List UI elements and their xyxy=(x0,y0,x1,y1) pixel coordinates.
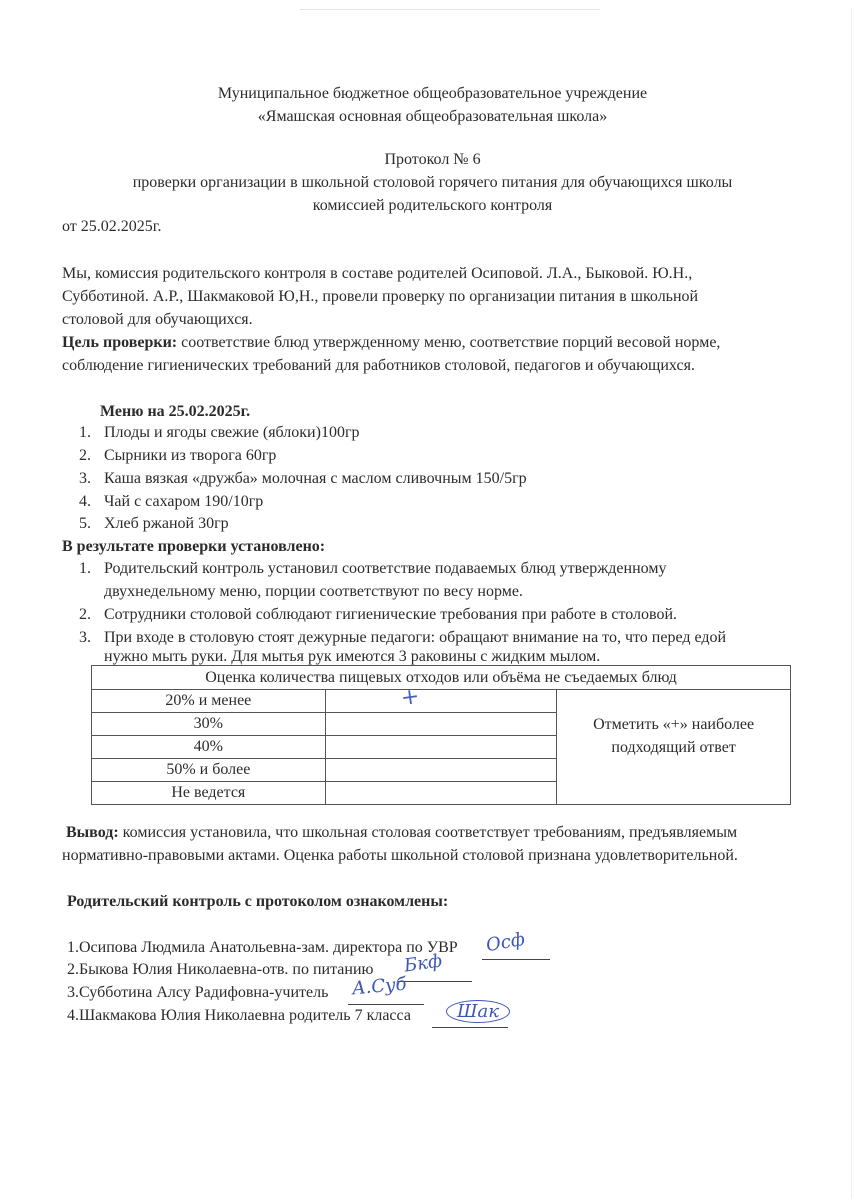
intro-line3: столовой для обучающихся. xyxy=(62,308,253,331)
signature-3: А.Суб xyxy=(351,974,407,1000)
protocol-title: Протокол № 6 xyxy=(0,148,865,171)
menu-item-text: Чай с сахаром 190/10гр xyxy=(104,490,263,513)
menu-item-num: 1. xyxy=(71,421,91,444)
conclusion-line2: нормативно-правовыми актами. Оценка рабо… xyxy=(62,844,738,867)
result-item-num: 3. xyxy=(71,626,91,649)
org-name-line1: Муниципальное бюджетное общеобразователь… xyxy=(0,82,865,105)
table-header-row: Оценка количества пищевых отходов или об… xyxy=(92,666,791,690)
signature-line-2 xyxy=(398,981,472,982)
waste-mark-cell[interactable]: + xyxy=(325,690,557,713)
table-header: Оценка количества пищевых отходов или об… xyxy=(92,666,791,690)
result-item-num: 2. xyxy=(71,603,91,626)
waste-mark-cell[interactable] xyxy=(325,782,557,805)
protocol-date: от 25.02.2025г. xyxy=(62,215,162,238)
result-item-text: Сотрудники столовой соблюдают гигиеничес… xyxy=(104,603,677,626)
menu-item-num: 2. xyxy=(71,444,91,467)
protocol-subtitle-line2: комиссией родительского контроля xyxy=(0,194,865,217)
signature-1: Осф xyxy=(484,929,526,956)
waste-mark-cell[interactable] xyxy=(325,759,557,782)
result-item-num: 1. xyxy=(71,557,91,580)
protocol-subtitle-line1: проверки организации в школьной столовой… xyxy=(0,171,865,194)
menu-item-text: Плоды и ягоды свежие (яблоки)100гр xyxy=(104,421,360,444)
signature-4: Шак xyxy=(446,1000,510,1023)
signatory-3: 3.Субботина Алсу Радифовна-учитель xyxy=(67,981,328,1004)
waste-level-label: 20% и менее xyxy=(92,690,326,713)
menu-item-text: Хлеб ржаной 30гр xyxy=(104,512,229,535)
goal-line1: Цель проверки: соответствие блюд утвержд… xyxy=(62,331,720,354)
food-waste-table: Оценка количества пищевых отходов или об… xyxy=(91,665,791,805)
conclusion-label: Вывод: xyxy=(66,824,119,841)
instruction-line1: Отметить «+» наиболее xyxy=(557,713,790,736)
conclusion-text1: комиссия установила, что школьная столов… xyxy=(119,824,737,841)
result-item-text: двухнедельному меню, порции соответствую… xyxy=(104,580,523,603)
signatory-2: 2.Быкова Юлия Николаевна-отв. по питанию xyxy=(67,958,373,981)
goal-label: Цель проверки: xyxy=(62,334,177,351)
menu-item-text: Сырники из творога 60гр xyxy=(104,444,276,467)
menu-item-num: 3. xyxy=(71,467,91,490)
goal-line2: соблюдение гигиенических требований для … xyxy=(62,354,695,377)
menu-item-num: 4. xyxy=(71,490,91,513)
signatory-4: 4.Шакмакова Юлия Николаевна родитель 7 к… xyxy=(67,1004,411,1027)
results-title: В результате проверки установлено: xyxy=(62,535,325,558)
signatory-1: 1.Осипова Людмила Анатольевна-зам. дирек… xyxy=(67,936,458,959)
instruction-cell: Отметить «+» наиболее подходящий ответ xyxy=(557,690,791,805)
signature-2: Бкф xyxy=(403,950,444,976)
signature-line-1 xyxy=(482,959,550,960)
result-item-text: Родительский контроль установил соответс… xyxy=(104,557,666,580)
acknowledged-title: Родительский контроль с протоколом ознак… xyxy=(67,890,448,913)
org-name-line2: «Ямашская основная общеобразовательная ш… xyxy=(0,105,865,128)
waste-mark-cell[interactable] xyxy=(325,736,557,759)
menu-item-num: 5. xyxy=(71,512,91,535)
handwritten-plus-mark: + xyxy=(399,686,420,710)
conclusion-line1: Вывод: комиссия установила, что школьная… xyxy=(66,821,737,844)
instruction-line2: подходящий ответ xyxy=(557,736,790,759)
goal-text1: соответствие блюд утвержденному меню, со… xyxy=(177,334,720,351)
waste-level-label: Не ведется xyxy=(92,782,326,805)
table-row: 20% и менее + Отметить «+» наиболее подх… xyxy=(92,690,791,713)
scan-artifact-line xyxy=(300,9,600,10)
intro-line2: Субботиной. А.Р., Шакмаковой Ю,Н., прове… xyxy=(62,285,698,308)
waste-level-label: 50% и более xyxy=(92,759,326,782)
intro-line1: Мы, комиссия родительского контроля в со… xyxy=(62,262,692,285)
waste-mark-cell[interactable] xyxy=(325,713,557,736)
signature-line-4 xyxy=(432,1027,508,1028)
menu-item-text: Каша вязкая «дружба» молочная с маслом с… xyxy=(104,467,527,490)
menu-title: Меню на 25.02.2025г. xyxy=(100,400,250,423)
waste-level-label: 30% xyxy=(92,713,326,736)
waste-level-label: 40% xyxy=(92,736,326,759)
